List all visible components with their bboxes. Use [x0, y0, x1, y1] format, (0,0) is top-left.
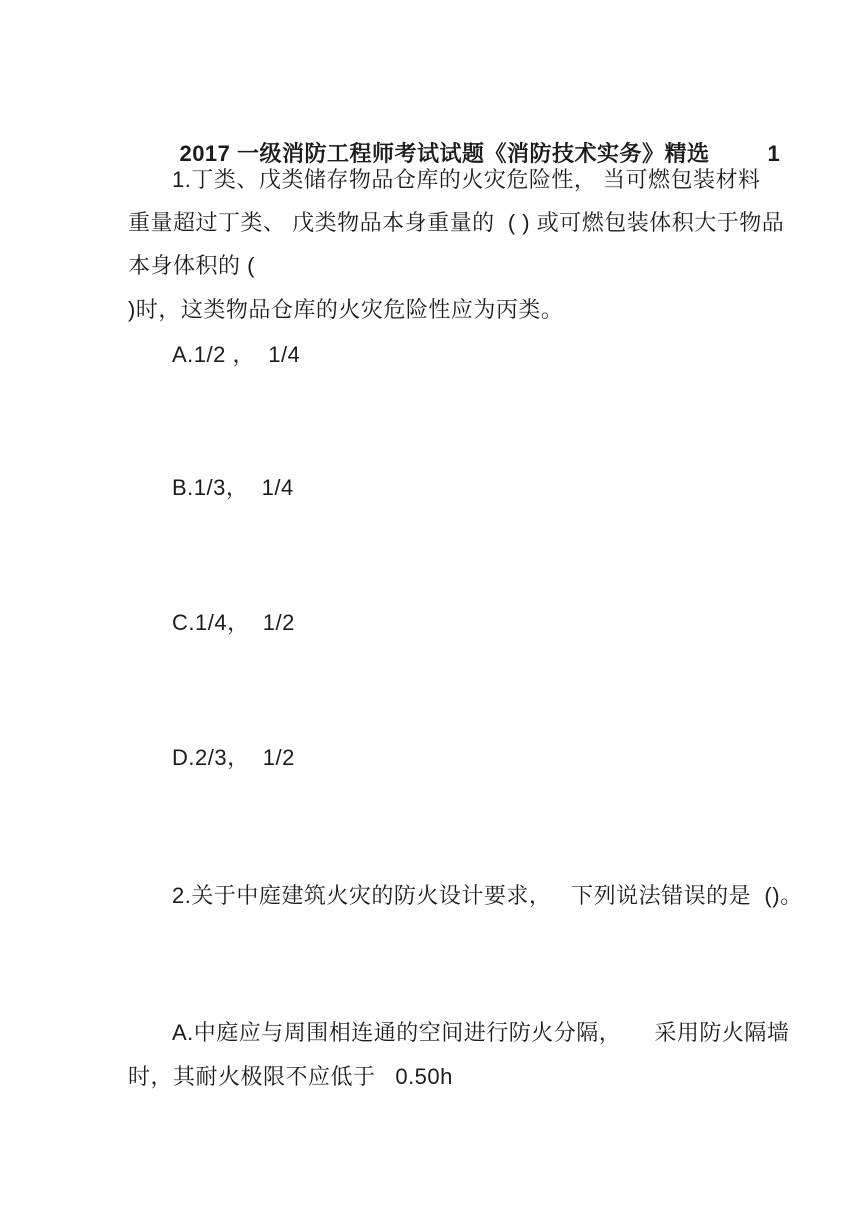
question-1-line-4: )时，这类物品仓库的火灾危险性应为丙类。 — [128, 296, 563, 324]
question-1-option-b: B.1/3， 1/4 — [172, 474, 294, 502]
question-1-line-2: 重量超过丁类、 戊类物品本身重量的 ( ) 或可燃包装体积大于物品 — [128, 209, 784, 237]
question-2-option-a-line-1: A.中庭应与周围相连通的空间进行防火分隔， 采用防火隔墙 — [172, 1019, 789, 1047]
question-1-line-1: 1.丁类、戊类储存物品仓库的火灾危险性， 当可燃包装材料 — [172, 166, 760, 194]
question-1-line-3: 本身体积的 ( — [128, 252, 255, 280]
page-number: 1 — [768, 140, 781, 168]
question-2-text: 2.关于中庭建筑火灾的防火设计要求， 下列说法错误的是 ()。 — [172, 882, 803, 910]
title-text: 2017 一级消防工程师考试试题《消防技术实务》精选 — [179, 141, 709, 166]
question-1-option-c: C.1/4， 1/2 — [172, 609, 295, 637]
question-1-option-d: D.2/3， 1/2 — [172, 744, 295, 772]
question-1-option-a: A.1/2 ， 1/4 — [172, 341, 300, 369]
document-page: 2017 一级消防工程师考试试题《消防技术实务》精选1 1.丁类、戊类储存物品仓… — [0, 0, 860, 1218]
question-2-option-a-line-2: 时，其耐火极限不应低于 0.50h — [128, 1063, 453, 1091]
